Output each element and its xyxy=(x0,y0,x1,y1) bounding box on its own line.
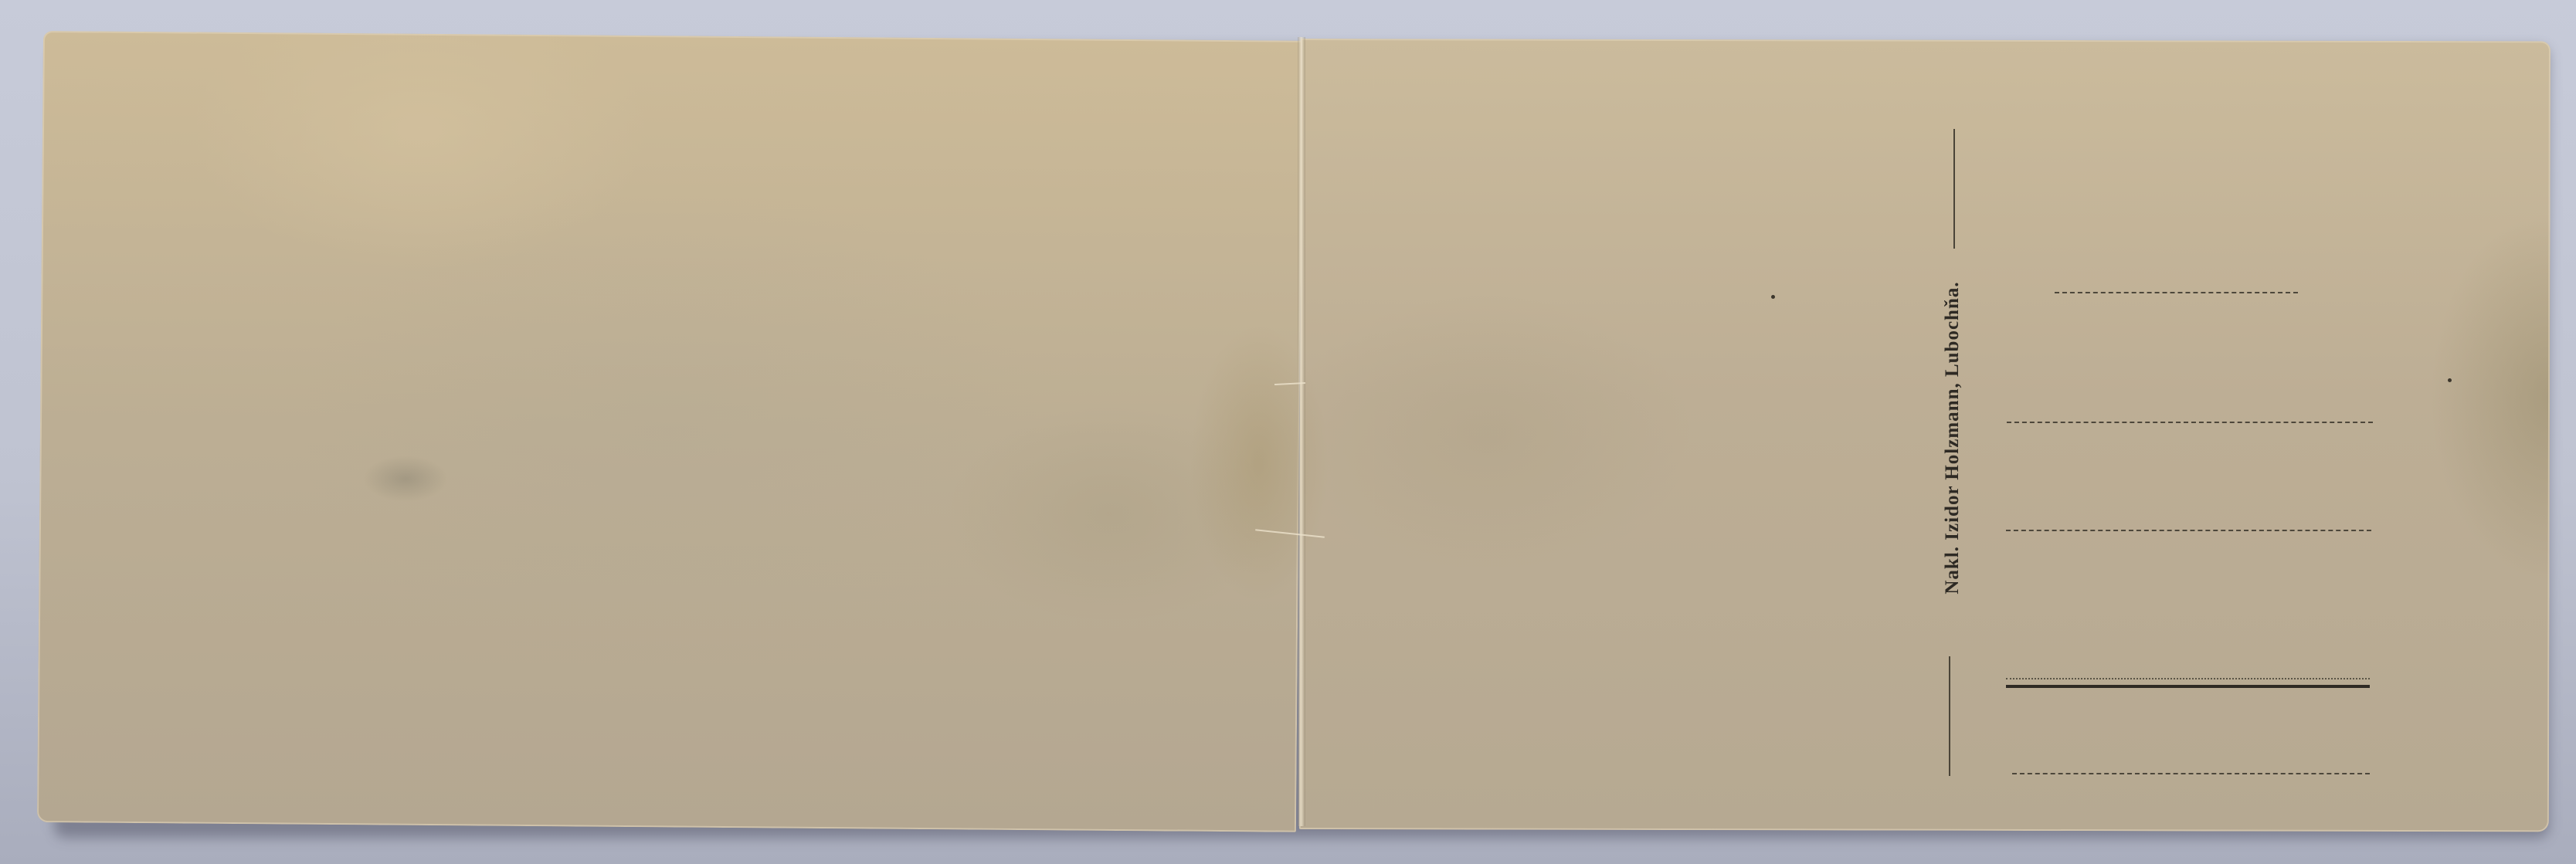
divider-line-top xyxy=(1953,129,1955,249)
address-line-3 xyxy=(2006,530,2371,531)
divider-line-bottom xyxy=(1949,656,1950,776)
postcard-right-panel xyxy=(1299,39,2551,832)
paper-blemish xyxy=(363,456,448,502)
address-line-1 xyxy=(2055,292,2298,293)
publisher-imprint: Nakl. Izidor Holzmann, Lubochňa. xyxy=(1942,281,1963,594)
address-line-4-dotted xyxy=(2006,678,2370,679)
postcard-left-panel xyxy=(37,31,1302,832)
ink-speck xyxy=(1771,295,1775,299)
center-fold-crease xyxy=(1298,37,1305,826)
photo-scene: Nakl. Izidor Holzmann, Lubochňa. xyxy=(0,0,2576,864)
fold-stain xyxy=(1190,324,1329,602)
address-line-2 xyxy=(2007,422,2373,423)
ink-speck xyxy=(2448,378,2452,382)
address-line-5 xyxy=(2012,773,2370,774)
address-line-4-underline xyxy=(2006,685,2370,688)
